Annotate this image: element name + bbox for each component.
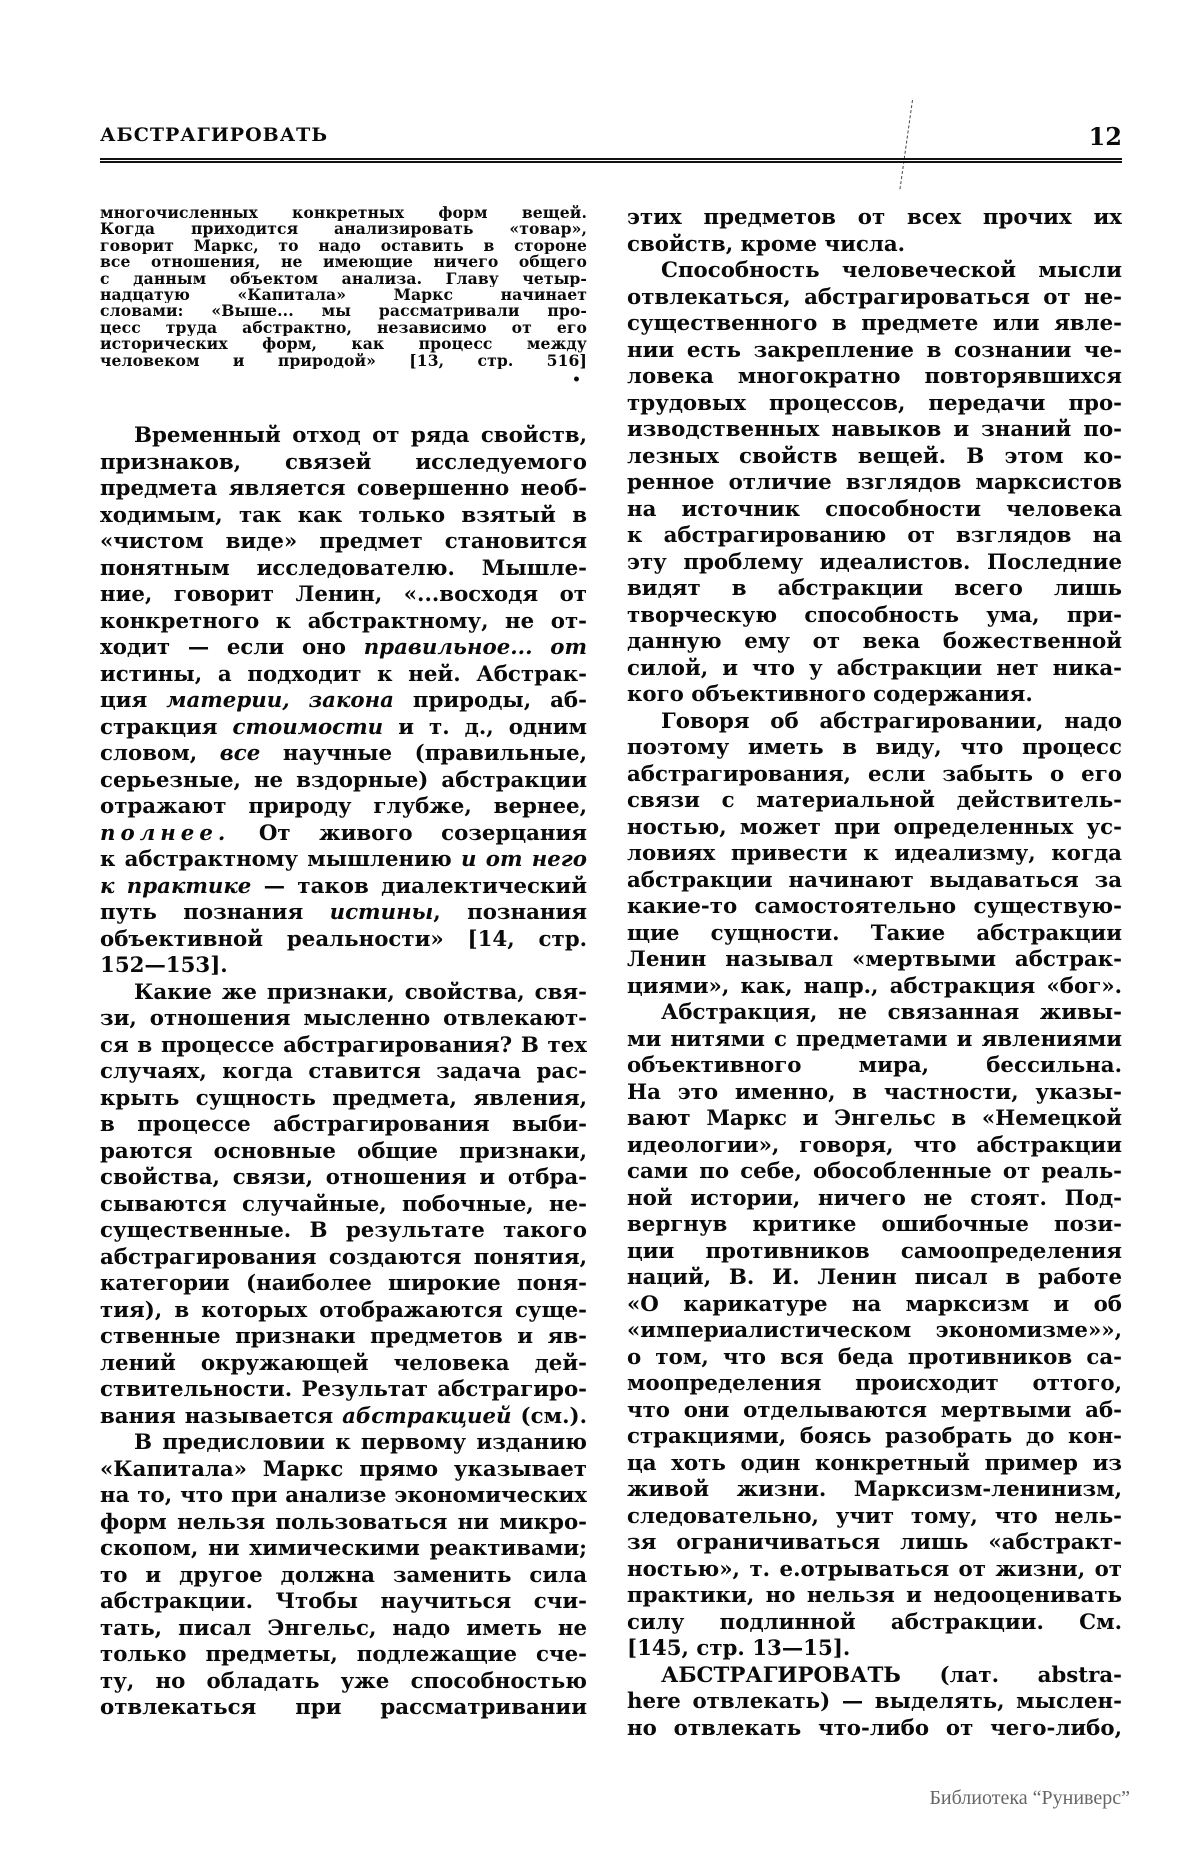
paragraph-2: Какие же признаки, свойства, свя- зи, от… <box>100 980 587 1431</box>
text-line: существенного в предмете или явле- <box>627 311 1122 338</box>
text-line: предмета является совершенно необ- <box>100 476 587 503</box>
text-line: ренное отличие взглядов марксистов <box>627 470 1122 497</box>
text-line: лезных свойств вещей. В этом ко- <box>627 444 1122 471</box>
text-line: ной истории, ничего не стоят. Под- <box>627 1186 1122 1213</box>
text-line: ностью», т. е.отрываться от жизни, от <box>627 1557 1122 1584</box>
text-line: сами по себе, обособленные от реаль- <box>627 1159 1122 1186</box>
text-line: исторических форм, как процесс между <box>100 336 587 352</box>
text-line: объективной реальности» [14, стр. <box>100 927 587 954</box>
text-line: все отношения, не имеющие ничего общего <box>100 254 587 270</box>
text-line: трудовых процессов, передачи про- <box>627 391 1122 418</box>
text-line: то и другое должна заменить сила <box>100 1563 587 1590</box>
text-line: отражают природу глубже, вернее, <box>100 794 587 821</box>
italic-text: к практике <box>100 874 251 899</box>
text-line: раются основные общие признаки, <box>100 1139 587 1166</box>
text-line: ловиях привести к идеализму, когда <box>627 841 1122 868</box>
italic-text: от <box>550 635 587 660</box>
text-line: существенные. В результате такого <box>100 1218 587 1245</box>
text-line: В предисловии к первому изданию <box>100 1430 587 1457</box>
text-line: ственные признаки предметов и яв- <box>100 1324 587 1351</box>
text-line: отвлекаться, абстрагироваться от не- <box>627 285 1122 312</box>
text-line: свойств, кроме числа. <box>627 232 1122 259</box>
text-line: данную ему от века божественной <box>627 629 1122 656</box>
text-line: конкретного к абстрактному, не от- <box>100 609 587 636</box>
text-line: ми нитями с предметами и явлениями <box>627 1027 1122 1054</box>
text-line: о том, что вся беда противников са- <box>627 1345 1122 1372</box>
text-line: следовательно, учит тому, что нель- <box>627 1504 1122 1531</box>
text-line: скопом, ни химическими реактивами; <box>100 1536 587 1563</box>
text-line: наций, В. И. Ленин писал в работе <box>627 1265 1122 1292</box>
paragraph-1: Временный отход от ряда свойств, признак… <box>100 423 587 980</box>
text-line: этих предметов от всех прочих их <box>627 205 1122 232</box>
page-number: 12 <box>1089 122 1122 151</box>
left-column: многочисленных конкретных форм вещей. Ко… <box>100 205 587 1722</box>
text-line: видят в абстракции всего лишь <box>627 576 1122 603</box>
text-line: ту, но обладать уже способностью <box>100 1669 587 1696</box>
text-line: путь познания истины, познания <box>100 900 587 927</box>
text-line: «О карикатуре на марксизм и об <box>627 1292 1122 1319</box>
text-line: объективного мира, бессильна. <box>627 1053 1122 1080</box>
text-line: ходимым, так как только взятый в <box>100 503 587 530</box>
text-line: зи, отношения мысленно отвлекают- <box>100 1006 587 1033</box>
italic-text: стоимости <box>233 715 384 740</box>
text-line: что они отделываются мертвыми аб- <box>627 1398 1122 1425</box>
text-line: признаков, связей исследуемого <box>100 450 587 477</box>
text-line: многочисленных конкретных форм вещей. <box>100 205 587 221</box>
text-line: 152—153]. <box>100 953 587 980</box>
text-line: сываются случайные, побочные, не- <box>100 1192 587 1219</box>
italic-text: материи, закона <box>166 688 394 713</box>
text-line: На это именно, в частности, указы- <box>627 1080 1122 1107</box>
text-line: вают Маркс и Энгельс в «Немецкой <box>627 1106 1122 1133</box>
text-line: ция материи, закона природы, аб- <box>100 688 587 715</box>
text-line: лений окружающей человека дей- <box>100 1351 587 1378</box>
text-line: в процессе абстрагирования выби- <box>100 1112 587 1139</box>
text-line: АБСТРАГИРОВАТЬ (лат. abstra- <box>627 1663 1122 1690</box>
text-line: на то, что при анализе экономических <box>100 1483 587 1510</box>
italic-text: абстракцией <box>342 1404 511 1429</box>
text-line: нии есть закрепление в сознании че- <box>627 338 1122 365</box>
text-line: ние, говорит Ленин, «...восходя от <box>100 582 587 609</box>
text-line: вергнув критике ошибочные пози- <box>627 1212 1122 1239</box>
text-line: стракциями, боясь разобрать до кон- <box>627 1424 1122 1451</box>
running-head-title: АБСТРАГИРОВАТЬ <box>100 124 328 146</box>
text-line: эту проблему идеалистов. Последние <box>627 550 1122 577</box>
text-line: Временный отход от ряда свойств, <box>100 423 587 450</box>
text-line: силой, и что у абстракции нет ника- <box>627 656 1122 683</box>
text-line: крыть сущность предмета, явления, <box>100 1086 587 1113</box>
italic-text: истины <box>330 900 434 925</box>
text-line: категории (наиболее широкие поня- <box>100 1271 587 1298</box>
text-line: абстракции начинают выдаваться за <box>627 868 1122 895</box>
dictionary-entry: АБСТРАГИРОВАТЬ (лат. abstra- here отвлек… <box>627 1663 1122 1743</box>
text-line: человеком и природой» [13, стр. 516] <box>100 353 587 369</box>
text-line: Абстракция, не связанная живы- <box>627 1000 1122 1027</box>
text-line: Способность человеческой мысли <box>627 258 1122 285</box>
text-line: «чистом виде» предмет становится <box>100 529 587 556</box>
text-line: на источник способности человека <box>627 497 1122 524</box>
text-line: Говоря об абстрагировании, надо <box>627 709 1122 736</box>
text-line: понятным исследователю. Мышле- <box>100 556 587 583</box>
text-line: ствительности. Результат абстрагиро- <box>100 1377 587 1404</box>
text-line: кого объективного содержания. <box>627 682 1122 709</box>
text-line: к практике — таков диалектический <box>100 874 587 901</box>
text-line: ся в процессе абстрагирования? В тех <box>100 1033 587 1060</box>
text-line: отвлекаться при рассматривании <box>100 1695 587 1722</box>
text-line: моопределения происходит оттого, <box>627 1371 1122 1398</box>
paragraph-3: В предисловии к первому изданию «Капитал… <box>100 1430 587 1722</box>
text-line: только предметы, подлежащие сче- <box>100 1642 587 1669</box>
text-line: «империалистическом экономизме»», <box>627 1318 1122 1345</box>
italic-text: и от него <box>461 847 587 872</box>
text-line: с данным объектом анализа. Главу четыр- <box>100 271 587 287</box>
text-line: ца хоть один конкретный пример из <box>627 1451 1122 1478</box>
text-line: живой жизни. Марксизм-ленинизм, <box>627 1477 1122 1504</box>
text-line: к абстрактному мышлению и от него <box>100 847 587 874</box>
text-line: ции противников самоопределения <box>627 1239 1122 1266</box>
text-line: какие-то самостоятельно существую- <box>627 894 1122 921</box>
text-line: щие сущности. Такие абстракции <box>627 921 1122 948</box>
text-line: изводственных навыков и знаний по- <box>627 417 1122 444</box>
text-line: истины, а подходит к ней. Абстрак- <box>100 662 587 689</box>
text-line: свойства, связи, отношения и отбра- <box>100 1165 587 1192</box>
text-line: ходит — если оно правильное... от <box>100 635 587 662</box>
text-line: практики, но нельзя и недооценивать <box>627 1583 1122 1610</box>
text-line: творческую способность ума, при- <box>627 603 1122 630</box>
text-line: поэтому иметь в виду, что процесс <box>627 735 1122 762</box>
quote-block: многочисленных конкретных форм вещей. Ко… <box>100 205 587 391</box>
text-line: но отвлекать что-либо от чего-либо, <box>627 1716 1122 1743</box>
text-line: циями», как, напр., абстракция «бог». <box>627 974 1122 1001</box>
italic-text: все <box>220 741 261 766</box>
text-line: случаях, когда ставится задача рас- <box>100 1059 587 1086</box>
text-line: here отвлекать) — выделять, мыслен- <box>627 1689 1122 1716</box>
text-line: связи с материальной действитель- <box>627 788 1122 815</box>
paragraph-6: Абстракция, не связанная живы- ми нитями… <box>627 1000 1122 1663</box>
text-line: ностью, может при определенных ус- <box>627 815 1122 842</box>
header-double-rule <box>100 158 1122 163</box>
text-line: Когда приходится анализировать «товар», <box>100 221 587 237</box>
text-line: словами: «Выше... мы рассматривали про- <box>100 303 587 319</box>
paragraph-4: Способность человеческой мысли отвлекать… <box>627 258 1122 709</box>
text-line: ловека многократно повторявшихся <box>627 364 1122 391</box>
right-column: этих предметов от всех прочих их свойств… <box>627 205 1122 1742</box>
text-line: Какие же признаки, свойства, свя- <box>100 980 587 1007</box>
text-line: идеологии», говоря, что абстракции <box>627 1133 1122 1160</box>
paragraph-5: Говоря об абстрагировании, надо поэтому … <box>627 709 1122 1001</box>
text-line: [145, стр. 13—15]. <box>627 1636 1122 1663</box>
text-line: стракция стоимости и т. д., одним <box>100 715 587 742</box>
text-line: тать, писал Энгельс, надо иметь не <box>100 1616 587 1643</box>
text-line: абстракции. Чтобы научиться счи- <box>100 1589 587 1616</box>
library-watermark: Библиотека “Руниверс” <box>929 1787 1130 1810</box>
text-line: тия), в которых отображаются суще- <box>100 1298 587 1325</box>
text-line: серьезные, не вздорные) абстракции <box>100 768 587 795</box>
text-line: цесс труда абстрактно, независимо от его <box>100 320 587 336</box>
text-line: вания называется абстракцией (см.). <box>100 1404 587 1431</box>
continuation-text: этих предметов от всех прочих их свойств… <box>627 205 1122 258</box>
entry-headword: АБСТРАГИРОВАТЬ <box>661 1663 901 1688</box>
text-line: к абстрагированию от взглядов на <box>627 523 1122 550</box>
text-line: абстрагирования, если забыть о его <box>627 762 1122 789</box>
text-line: абстрагирования создаются понятия, <box>100 1245 587 1272</box>
text-line: Ленин называл «мертвыми абстрак- <box>627 947 1122 974</box>
running-header: АБСТРАГИРОВАТЬ 12 <box>100 110 1122 150</box>
spaced-italic-text: полнее. <box>100 821 230 846</box>
text-line: форм нельзя пользоваться ни микро- <box>100 1510 587 1537</box>
text-line: говорит Маркс, то надо оставить в сторон… <box>100 238 587 254</box>
text-line: зя ограничиваться лишь «абстракт- <box>627 1530 1122 1557</box>
text-line: полнее. От живого созерцания <box>100 821 587 848</box>
text-line: силу подлинной абстракции. См. <box>627 1610 1122 1637</box>
text-line: надцатую «Капитала» Маркс начинает <box>100 287 587 303</box>
italic-text: правильное... <box>364 635 533 660</box>
text-line: «Капитала» Маркс прямо указывает <box>100 1457 587 1484</box>
quote-end-mark: • <box>100 369 587 391</box>
text-line: словом, все научные (правильные, <box>100 741 587 768</box>
